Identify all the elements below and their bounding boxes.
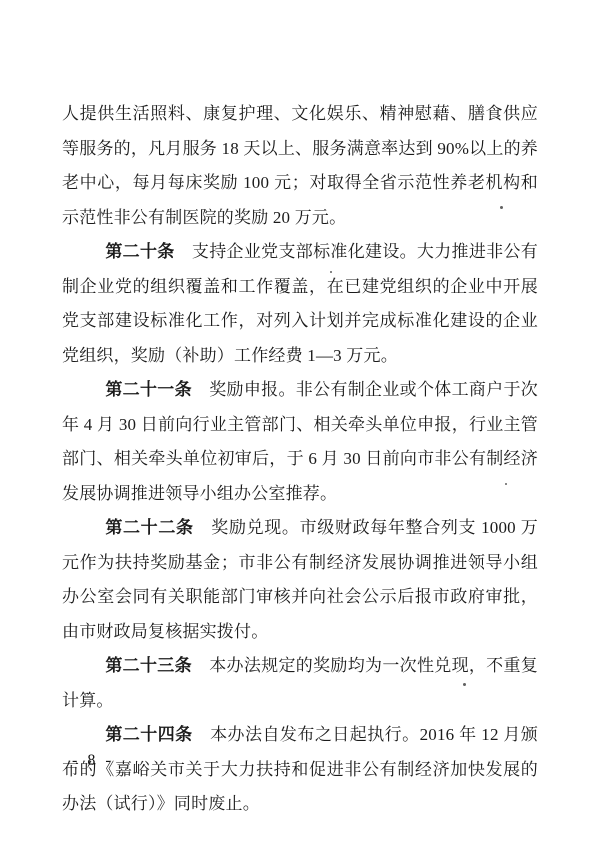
article-number: 第二十条 <box>105 242 174 261</box>
scan-speck <box>505 483 507 485</box>
document-page: 人提供生活照料、康复护理、文化娱乐、精神慰藉、膳食供应等服务的，凡月服务 18 … <box>0 0 594 844</box>
paragraph-continuation: 人提供生活照料、康复护理、文化娱乐、精神慰藉、膳食供应等服务的，凡月服务 18 … <box>62 97 538 235</box>
paragraph-article-21: 第二十一条 奖励申报。非公有制企业或个体工商户于次年 4 月 30 日前向行业主… <box>62 373 538 511</box>
document-body: 人提供生活照料、康复护理、文化娱乐、精神慰藉、膳食供应等服务的，凡月服务 18 … <box>62 97 538 822</box>
paragraph-text: 人提供生活照料、康复护理、文化娱乐、精神慰藉、膳食供应等服务的，凡月服务 18 … <box>62 104 538 227</box>
article-number: 第二十三条 <box>105 656 192 675</box>
article-number: 第二十四条 <box>105 725 192 744</box>
paragraph-article-24: 第二十四条 本办法自发布之日起执行。2016 年 12 月颁布的《嘉峪关市关于大… <box>62 718 538 822</box>
scan-speck <box>500 206 503 209</box>
paragraph-article-22: 第二十二条 奖励兑现。市级财政每年整合列支 1000 万元作为扶持奖励基金；市非… <box>62 511 538 649</box>
article-number: 第二十二条 <box>105 518 193 537</box>
page-number: - 8 - <box>72 752 114 770</box>
scan-speck <box>330 271 332 273</box>
scan-speck <box>463 683 466 686</box>
article-number: 第二十一条 <box>105 380 192 399</box>
paragraph-article-23: 第二十三条 本办法规定的奖励均为一次性兑现，不重复计算。 <box>62 649 538 718</box>
paragraph-article-20: 第二十条 支持企业党支部标准化建设。大力推进非公有制企业党的组织覆盖和工作覆盖，… <box>62 235 538 373</box>
